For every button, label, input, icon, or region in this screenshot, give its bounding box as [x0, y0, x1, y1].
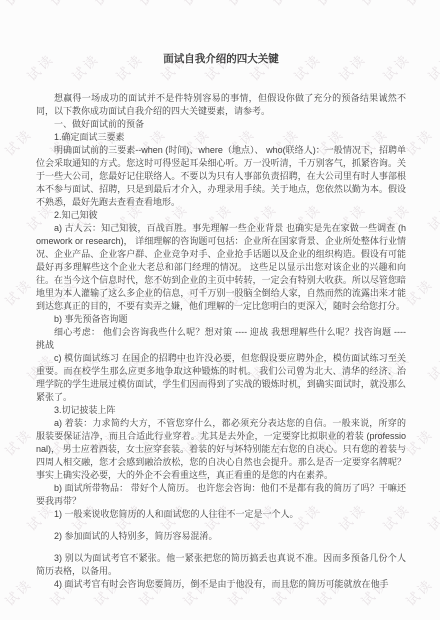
watermark-stamp: 试读: [0, 123, 36, 159]
watermark-stamp: 试读: [0, 0, 36, 10]
paragraph: 1.确定面试三要素: [36, 131, 406, 144]
watermark-stamp: 试读: [422, 198, 440, 234]
paragraph: b) 面试所带物品： 带好个人简历。 也许您会咨询：他们不是都有我的简历了吗？干…: [36, 482, 406, 508]
paragraph: 4) 面试考官有时会咨询您要简历，倒不是由于他没有，而且您的简历可能就放在他手: [36, 578, 406, 591]
document-page: 试读试读试读试读试读试读试读试读试读试读试读试读试读试读试读试读试读试读试读试读…: [0, 0, 440, 620]
watermark-stamp: 试读: [0, 573, 36, 609]
document-title: 面试自我介绍的四大关键: [36, 52, 406, 66]
paragraph: a) 古人云：知己知彼，百战百胜。事先理解一些企业背景 也确实是先在家做一些调查…: [36, 222, 406, 313]
watermark-stamp: 试读: [422, 348, 440, 384]
paragraph: 3.切记披装上阵: [36, 404, 406, 417]
document-body: 面试自我介绍的四大关键 想赢得一场成功的面试并不是件特别容易的事情，但假设你做了…: [36, 0, 406, 591]
watermark-stamp: 试读: [0, 423, 36, 459]
watermark-stamp: 试读: [0, 273, 36, 309]
paragraph: 一、做好面试前的预备: [36, 118, 406, 131]
watermark-stamp: 试读: [422, 498, 440, 534]
document-content: 想赢得一场成功的面试并不是件特别容易的事情，但假设你做了充分的预备结果诚然不同，…: [36, 92, 406, 591]
paragraph: b) 事先预备咨询题: [36, 313, 406, 326]
paragraph: 3) 别以为面试考官不紧张。他一紧张把您的简历搞丢也真说不准。因而多预备几份个人…: [36, 552, 406, 578]
paragraph: c) 模仿面试练习 在国企的招聘中也许没必要，但您假设要应聘外企，模仿面试练习至…: [36, 352, 406, 404]
paragraph: 明确面试前的三要素--when (时间)、where（地点）、 who(联络人)…: [36, 144, 406, 209]
paragraph: 细心考虑： 他们会咨询我些什么呢？想对策 ---- 迎战 我想理解些什么呢？找咨…: [36, 326, 406, 352]
paragraph: 2) 参加面试的人特别多，简历容易混淆。: [36, 530, 406, 543]
paragraph: a) 着装：力求简约大方，不管您穿什么，都必须充分表达您的自信。一般来说，所穿的…: [36, 417, 406, 482]
watermark-stamp: 试读: [422, 48, 440, 84]
paragraph: 想赢得一场成功的面试并不是件特别容易的事情，但假设你做了充分的预备结果诚然不同，…: [36, 92, 406, 118]
paragraph: 2.知己知彼: [36, 209, 406, 222]
paragraph: 1) 一般来说收您简历的人和面试您的人往往不一定是一个人。: [36, 508, 406, 521]
